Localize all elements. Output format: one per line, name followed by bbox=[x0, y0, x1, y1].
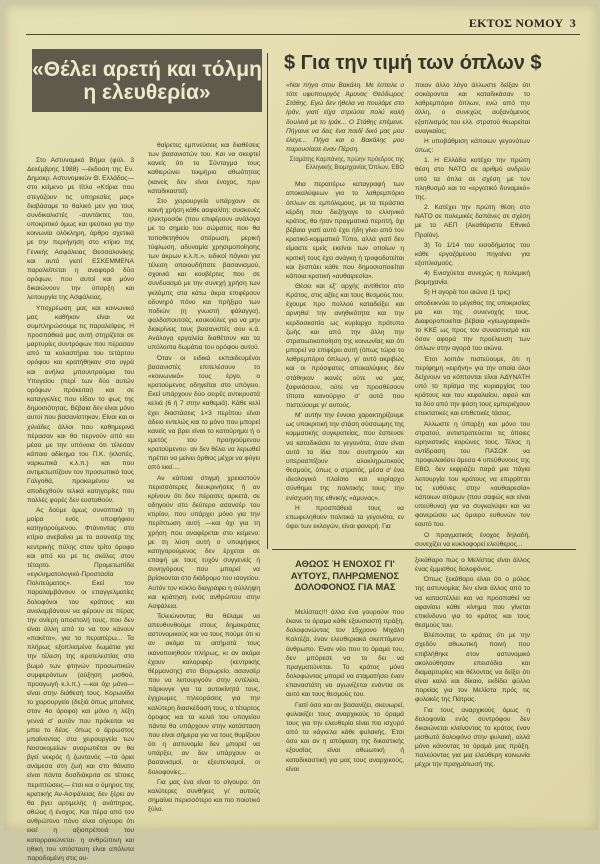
paragraph: Στο χειρουργείο υπάρχουν σε κοινή χρήση … bbox=[148, 197, 260, 353]
paragraph: Για τους αναρχικούς όμως η δολοφονία ενό… bbox=[415, 706, 530, 770]
article2-column1: «Ναι πήγα στου Βακάλη. Με έστειλε ο τότε… bbox=[286, 81, 404, 532]
list-item: 4) Ενισχύεται συνεχώς η πολεμική βιομηχα… bbox=[415, 269, 530, 287]
article3-column1: Μελίστας!!! άλλο ένα γουρούνι που έκανε … bbox=[286, 608, 404, 775]
paragraph: αποδεικνύει το μέγεθος της υποκρισίας μα… bbox=[415, 299, 530, 354]
article3-column2: ξεκάθαρο πως ο Μελίστας είναι άλλος ένας… bbox=[415, 556, 530, 771]
paragraph: Βλέποντας το κράτος ότι με την σχεδόν αθ… bbox=[415, 631, 530, 704]
paragraph: Θέσει και εξ' αρχής αντίθετοι στο Κράτος… bbox=[286, 282, 404, 410]
quote-attribution: Σταμάτης Καμπάνης, πρώην πρόεδρος της Ελ… bbox=[286, 156, 404, 172]
paragraph: Ας δούμε όμως συνοπτικά τη μοίρα ενός υπ… bbox=[27, 506, 134, 838]
paragraph: Αν κάποια στιγμή χρειαστούν περισσότερες… bbox=[148, 474, 260, 611]
list-item: 1. Η Ελλάδα κατέχει την πρώτη θέση στο Ν… bbox=[415, 156, 530, 202]
article2-title: $ Για την τιμή των όπλων $ bbox=[284, 52, 584, 75]
page-header: ΕΚΤΟΣ ΝΟΜΟΥ 3 bbox=[26, 14, 580, 35]
article1-title: «Θέλει αρετή και τόλμη η ελευθερία» bbox=[32, 49, 262, 112]
list-item: 3) Το 1/14 του εισοδήματος του κάθε εργα… bbox=[415, 241, 530, 268]
list-item: 2. Κατέχει την πρώτη θέση στο ΝΑΤΟ σε πο… bbox=[415, 203, 530, 240]
paragraph: Όταν οι ειδικά εκπαιδευμένοι βασανιστές … bbox=[148, 354, 260, 473]
paragraph: Τελειώνοντας θα θέλαμε να απευθυνθούμε σ… bbox=[148, 612, 260, 777]
paragraph: Η προσπάθειά τους να επωφεληθούν πολιτικ… bbox=[286, 504, 404, 531]
paragraph: Άλλωστε η ύπαρξη και μόνο του στρατού, α… bbox=[415, 420, 530, 530]
paragraph: Μ' αυτήν την έννοια χαρακτηρίζουμε ως υπ… bbox=[286, 411, 404, 503]
paragraph: Γιατί όσο και αν βασανίζει, σκευωρεί, φυ… bbox=[286, 701, 404, 774]
paragraph: ξεκάθαρο πως ο Μελίστας είναι άλλος ένας… bbox=[415, 556, 530, 574]
paragraph: Όπως ξεκάθαρο είναι ότι ο ρόλος της αστυ… bbox=[415, 575, 530, 630]
paragraph: Έτσι λοιπόν πιστεύουμε, ότι η περίφημη «… bbox=[415, 355, 530, 419]
newspaper-page: ΕΚΤΟΣ ΝΟΜΟΥ 3 «Θέλει αρετή και τόλμη η ε… bbox=[4, 4, 598, 830]
article1-column2: θαίρετες εμπνεύσεις και διαθέσεις των βα… bbox=[148, 141, 260, 815]
list-item: 5) Η αγορά του αιώνα (1 τρις) bbox=[415, 288, 530, 297]
paragraph: Ο πραγματικός ένοχος δηλαδή, συνεχίζει ν… bbox=[415, 531, 530, 549]
paragraph: Στο Αστυνομικό Βήμα (φύλ. 3 Δεκέμβρης 19… bbox=[27, 156, 134, 303]
paragraph: Μια περαιτέρω καταγραφή των αποκαλύψεων … bbox=[286, 180, 404, 281]
article2-column2: ποιον άλλο λόγο άλλωστε δείξαν ότι σοκάρ… bbox=[415, 81, 530, 550]
article3-title: ΑΘΩΟΣ Ή ΕΝΟΧΟΣ ΓΙ' ΑΥΤΟΥΣ, ΠΛΗΡΩΜΕΝΟΣ ΔΟ… bbox=[286, 559, 404, 594]
paragraph: Μελίστας!!! άλλο ένα γουρούνι που έκανε … bbox=[286, 608, 404, 700]
article1-column1: Στο Αστυνομικό Βήμα (φύλ. 3 Δεκέμβρης 19… bbox=[27, 156, 134, 838]
section-title: ΕΚΤΟΣ ΝΟΜΟΥ 3 bbox=[469, 16, 576, 31]
paragraph: Για μας ένα είναι το σίγουρο: ότι καλύτε… bbox=[148, 778, 260, 815]
paragraph: θαίρετες εμπνεύσεις και διαθέσεις των βα… bbox=[148, 141, 260, 196]
paragraph: Η υποβάθμιση κάποιων γεγονότων όπως: bbox=[415, 137, 530, 155]
paragraph: Υποχρέωση μας και κοινωνικό μας καθήκον … bbox=[27, 304, 134, 505]
column-divider bbox=[267, 53, 268, 549]
pull-quote: «Ναι πήγα στου Βακάλη. Με έστειλε ο τότε… bbox=[286, 81, 404, 154]
paragraph: ποιον άλλο λόγο άλλωστε δείξαν ότι σοκάρ… bbox=[415, 81, 530, 136]
